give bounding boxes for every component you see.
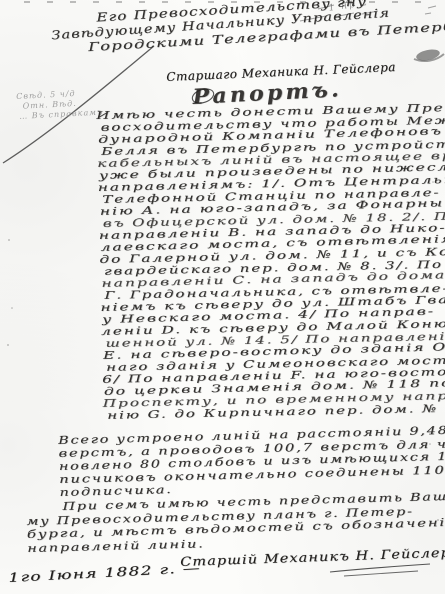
ink-blotch <box>414 48 444 63</box>
date-line: 1го Іюня 1882 г. — <box>8 560 201 585</box>
body-paragraph-directions: Имѣю честь донести Вашему Пре-восходител… <box>96 103 418 422</box>
signature-underline <box>330 564 430 576</box>
margin-pencil-note: Свѣд. 5 ч/дОтн. Вѣд.… Въ справкамъ <box>16 87 103 121</box>
header-address-block: Его Превосходительству гнуЗавѣдующему На… <box>40 0 395 57</box>
document-page: 1 нр 2 Его Превосходительству гнуЗавѣдую… <box>0 0 445 594</box>
body-paragraph-totals: Всего устроено линій на расстояніи 9,48в… <box>58 425 420 499</box>
body-paragraph-closing: При семъ имѣю честь представить Ваше-му … <box>26 492 365 555</box>
